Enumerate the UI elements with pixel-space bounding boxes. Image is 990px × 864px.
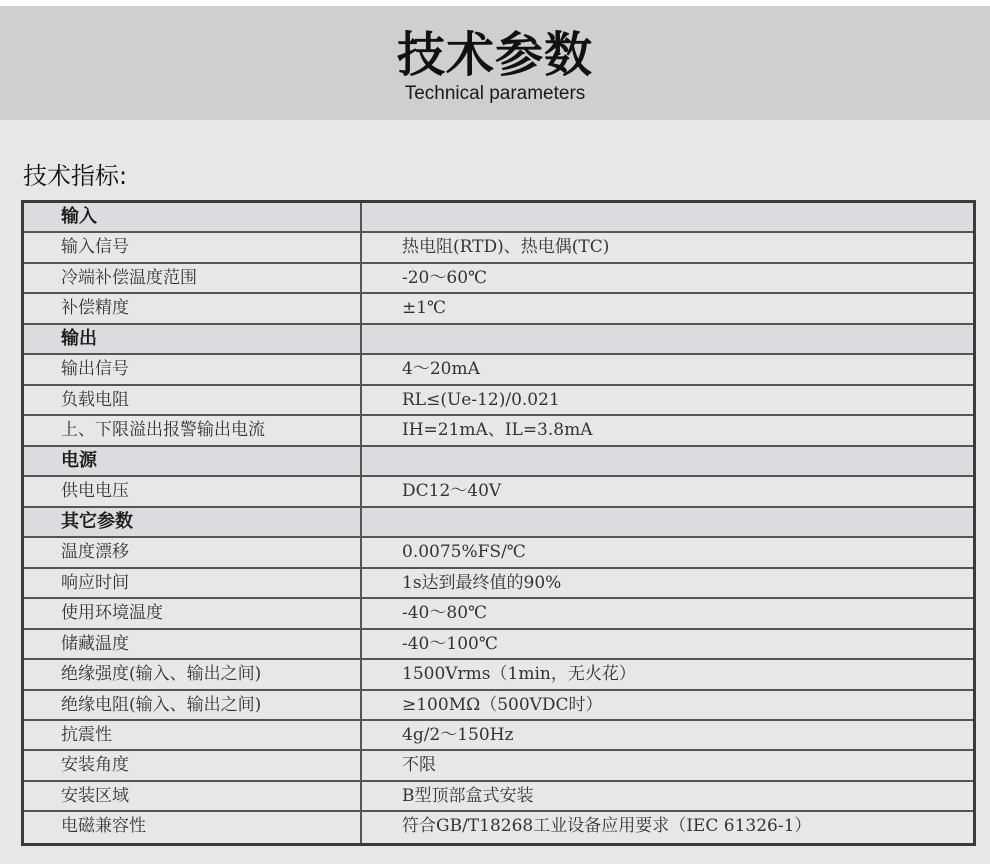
table-row: 响应时间 1s达到最终值的90%	[24, 569, 973, 599]
param-label: 电磁兼容性	[24, 812, 362, 842]
table-group-row: 输入	[24, 203, 973, 233]
param-label: 供电电压	[24, 477, 362, 505]
group-value	[362, 447, 973, 475]
table-row: 安装区域 B型顶部盒式安装	[24, 782, 973, 812]
param-value: 不限	[362, 751, 973, 779]
param-value: 符合GB/T18268工业设备应用要求（IEC 61326-1）	[362, 812, 973, 842]
group-label: 电源	[24, 447, 362, 475]
spec-table: 输入 输入信号 热电阻(RTD)、热电偶(TC) 冷端补偿温度范围 -20～60…	[21, 200, 976, 846]
table-row: 绝缘强度(输入、输出之间) 1500Vrms（1min，无火花）	[24, 660, 973, 690]
table-row: 绝缘电阻(输入、输出之间) ≥100MΩ（500VDC时）	[24, 691, 973, 721]
table-row: 输入信号 热电阻(RTD)、热电偶(TC)	[24, 233, 973, 263]
param-value: -40～80℃	[362, 599, 973, 627]
table-row: 温度漂移 0.0075%FS/℃	[24, 538, 973, 568]
param-value: 1500Vrms（1min，无火花）	[362, 660, 973, 688]
group-value	[362, 508, 973, 536]
group-label: 输入	[24, 203, 362, 231]
param-value: IH=21mA、IL=3.8mA	[362, 416, 973, 444]
table-row: 输出信号 4～20mA	[24, 355, 973, 385]
title-banner: 技术参数 Technical parameters	[0, 6, 990, 120]
param-label: 绝缘电阻(输入、输出之间)	[24, 691, 362, 719]
table-row: 上、下限溢出报警输出电流 IH=21mA、IL=3.8mA	[24, 416, 973, 446]
param-label: 补偿精度	[24, 294, 362, 322]
param-value: 热电阻(RTD)、热电偶(TC)	[362, 233, 973, 261]
param-value: 4g/2～150Hz	[362, 721, 973, 749]
param-label: 温度漂移	[24, 538, 362, 566]
table-row: 冷端补偿温度范围 -20～60℃	[24, 264, 973, 294]
table-row: 供电电压 DC12～40V	[24, 477, 973, 507]
param-label: 抗震性	[24, 721, 362, 749]
param-value: ±1℃	[362, 294, 973, 322]
page-subtitle: Technical parameters	[0, 82, 990, 106]
param-label: 使用环境温度	[24, 599, 362, 627]
param-label: 响应时间	[24, 569, 362, 597]
param-label: 储藏温度	[24, 630, 362, 658]
param-value: -20～60℃	[362, 264, 973, 292]
group-value	[362, 203, 973, 231]
param-value: 0.0075%FS/℃	[362, 538, 973, 566]
param-label: 安装区域	[24, 782, 362, 810]
page-title: 技术参数	[0, 28, 990, 82]
param-value: DC12～40V	[362, 477, 973, 505]
table-row: 负载电阻 RL≤(Ue-12)/0.021	[24, 386, 973, 416]
table-row: 安装角度 不限	[24, 751, 973, 781]
param-value: ≥100MΩ（500VDC时）	[362, 691, 973, 719]
param-value: 1s达到最终值的90%	[362, 569, 973, 597]
param-value: B型顶部盒式安装	[362, 782, 973, 810]
table-group-row: 输出	[24, 325, 973, 355]
table-row: 补偿精度 ±1℃	[24, 294, 973, 324]
table-row: 储藏温度 -40～100℃	[24, 630, 973, 660]
param-label: 上、下限溢出报警输出电流	[24, 416, 362, 444]
param-label: 负载电阻	[24, 386, 362, 414]
param-value: 4～20mA	[362, 355, 973, 383]
param-label: 绝缘强度(输入、输出之间)	[24, 660, 362, 688]
param-label: 输入信号	[24, 233, 362, 261]
param-label: 输出信号	[24, 355, 362, 383]
table-row: 抗震性 4g/2～150Hz	[24, 721, 973, 751]
param-value: RL≤(Ue-12)/0.021	[362, 386, 973, 414]
group-value	[362, 325, 973, 353]
param-value: -40～100℃	[362, 630, 973, 658]
table-row: 使用环境温度 -40～80℃	[24, 599, 973, 629]
param-label: 冷端补偿温度范围	[24, 264, 362, 292]
group-label: 其它参数	[24, 508, 362, 536]
section-title: 技术指标:	[23, 160, 127, 192]
group-label: 输出	[24, 325, 362, 353]
table-group-row: 其它参数	[24, 508, 973, 538]
table-group-row: 电源	[24, 447, 973, 477]
param-label: 安装角度	[24, 751, 362, 779]
table-row: 电磁兼容性 符合GB/T18268工业设备应用要求（IEC 61326-1）	[24, 812, 973, 842]
